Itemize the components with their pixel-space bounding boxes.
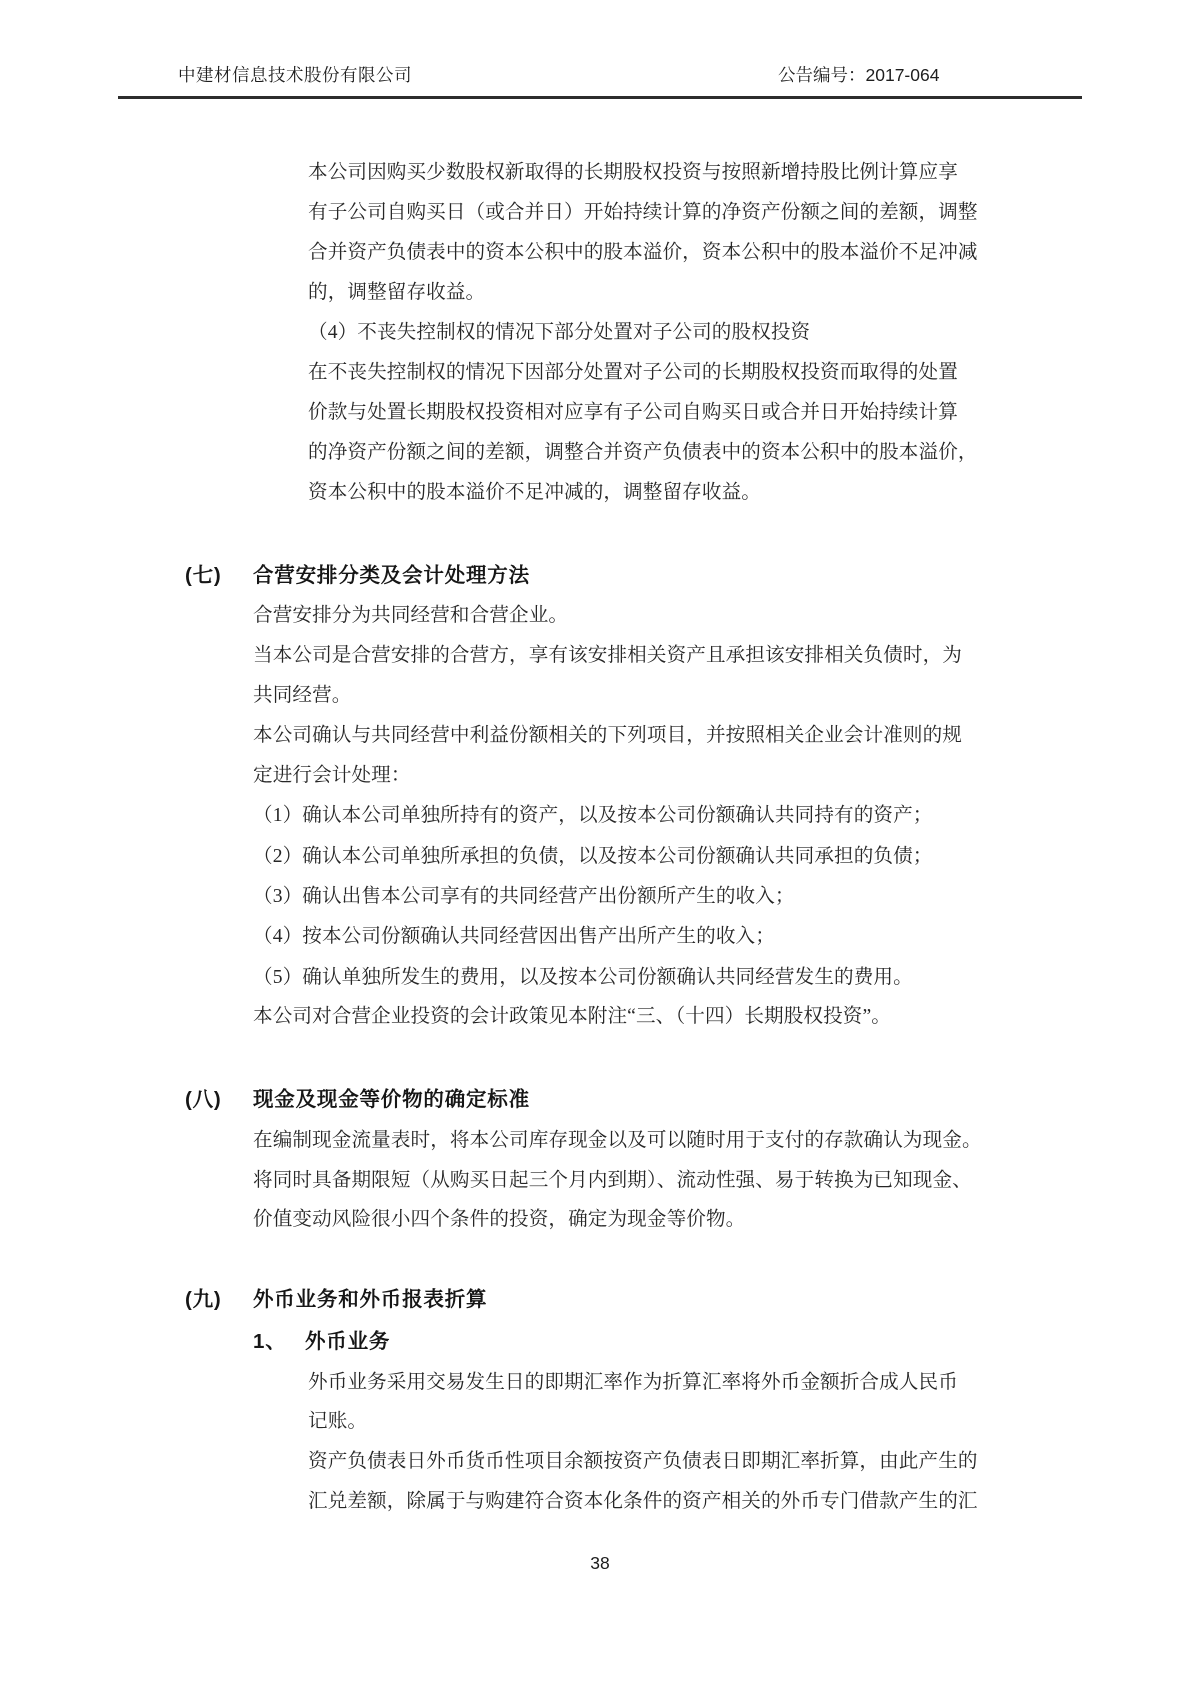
section-8-label: (八) (185, 1088, 222, 1112)
list-item: （5）确认单独所发生的费用，以及按本公司份额确认共同经营发生的费用。 (253, 966, 913, 989)
subsection-1-number: 1、 (253, 1330, 287, 1354)
paragraph-line: 价值变动风险很小四个条件的投资，确定为现金等价物。 (253, 1208, 745, 1231)
list-item: （4）按本公司份额确认共同经营因出售产出所产生的收入； (253, 925, 775, 948)
paragraph-line: 在编制现金流量表时，将本公司库存现金以及可以随时用于支付的存款确认为现金。 (253, 1129, 982, 1152)
paragraph-line: 将同时具备期限短（从购买日起三个月内到期）、流动性强、易于转换为已知现金、 (253, 1169, 972, 1192)
paragraph-line: 有子公司自购买日（或合并日）开始持续计算的净资产份额之间的差额，调整 (308, 201, 978, 224)
section-8-title: 现金及现金等价物的确定标准 (253, 1088, 530, 1112)
list-item: （2）确认本公司单独所承担的负债，以及按本公司份额确认共同承担的负债； (253, 845, 932, 868)
header-company-name: 中建材信息技术股份有限公司 (178, 63, 412, 87)
paragraph-line: 当本公司是合营安排的合营方，享有该安排相关资产且承担该安排相关负债时，为 (253, 644, 962, 667)
paragraph-line: 本公司因购买少数股权新取得的长期股权投资与按照新增持股比例计算应享 (308, 161, 958, 184)
paragraph-line: 合并资产负债表中的资本公积中的股本溢价，资本公积中的股本溢价不足冲减 (308, 241, 978, 264)
paragraph-line: 合营安排分为共同经营和合营企业。 (253, 604, 568, 627)
paragraph-line: 资本公积中的股本溢价不足冲减的，调整留存收益。 (308, 481, 761, 504)
header-divider (118, 96, 1082, 99)
paragraph-line: 本公司确认与共同经营中利益份额相关的下列项目，并按照相关企业会计准则的规 (253, 724, 962, 747)
paragraph-line: 的，调整留存收益。 (308, 281, 485, 304)
paragraph-line: 记账。 (308, 1410, 367, 1433)
list-item: （1）确认本公司单独所持有的资产，以及按本公司份额确认共同持有的资产； (253, 804, 932, 827)
header-announcement-number: 公告编号：2017-064 (778, 63, 939, 87)
section-7-label: (七) (185, 564, 222, 588)
page-number: 38 (0, 1552, 1200, 1574)
paragraph-line: 外币业务采用交易发生日的即期汇率作为折算汇率将外币金额折合成人民币 (308, 1371, 958, 1394)
paragraph-line: 汇兑差额，除属于与购建符合资本化条件的资产相关的外币专门借款产生的汇 (308, 1490, 978, 1513)
section-9-label: (九) (185, 1288, 222, 1312)
paragraph-line: 共同经营。 (253, 684, 351, 707)
paragraph-line: 定进行会计处理： (253, 764, 411, 787)
list-item: （3）确认出售本公司享有的共同经营产出份额所产生的收入； (253, 885, 795, 908)
paragraph-line: 的净资产份额之间的差额，调整合并资产负债表中的资本公积中的股本溢价， (308, 441, 978, 464)
paragraph-line: 本公司对合营企业投资的会计政策见本附注“三、（十四）长期股权投资”。 (253, 1005, 891, 1028)
subsection-1-title: 外币业务 (305, 1330, 390, 1354)
document-page: 中建材信息技术股份有限公司 公告编号：2017-064 本公司因购买少数股权新取… (0, 0, 1200, 1696)
paragraph-line: 在不丧失控制权的情况下因部分处置对子公司的长期股权投资而取得的处置 (308, 361, 958, 384)
paragraph-line: 资产负债表日外币货币性项目余额按资产负债表日即期汇率折算，由此产生的 (308, 1450, 978, 1473)
section-7-title: 合营安排分类及会计处理方法 (253, 564, 530, 588)
paragraph-line: 价款与处置长期股权投资相对应享有子公司自购买日或合并日开始持续计算 (308, 401, 958, 424)
section-9-title: 外币业务和外币报表折算 (253, 1288, 487, 1312)
paragraph-line: （4）不丧失控制权的情况下部分处置对子公司的股权投资 (308, 321, 810, 344)
